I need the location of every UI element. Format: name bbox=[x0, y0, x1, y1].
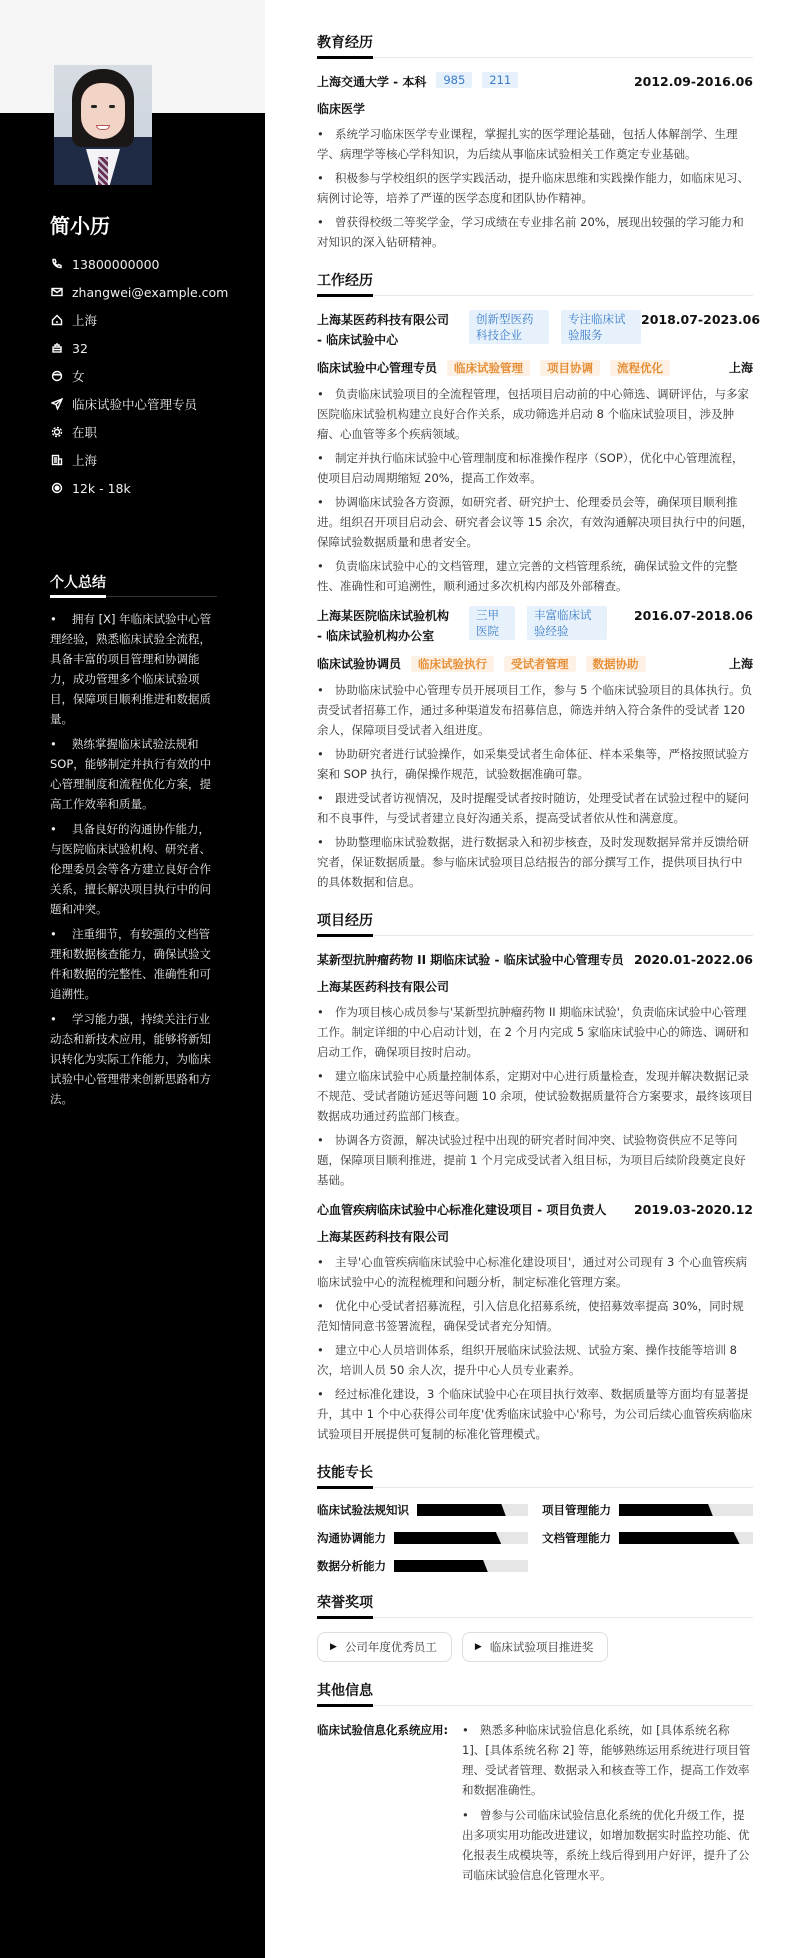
project-name: 某新型抗肿瘤药物 II 期临床试验 - 临床试验中心管理专员 bbox=[317, 950, 624, 970]
school-name: 上海交通大学 - 本科 bbox=[317, 72, 426, 92]
profile-name: 简小历 bbox=[50, 210, 110, 239]
salary-text: 12k - 18k bbox=[72, 481, 131, 496]
skills-section: 技能专长 临床试验法规知识 项目管理能力 沟通协调能力 文档管理能力 数据分析能… bbox=[317, 1462, 753, 1574]
skill-bar bbox=[619, 1532, 753, 1544]
job-date: 2018.07-2023.06 bbox=[641, 310, 760, 330]
other-title: 其他信息 bbox=[317, 1680, 753, 1706]
list-item: •协调临床试验各方资源，如研究者、研究护士、伦理委员会等，确保项目顺利推进。组织… bbox=[317, 492, 753, 552]
work-section: 工作经历 上海某医药科技有限公司 - 临床试验中心 创新型医药科技企业 专注临床… bbox=[317, 270, 753, 892]
position: 临床试验中心管理专员 bbox=[317, 358, 437, 378]
mail-icon bbox=[50, 285, 64, 299]
education-header: 上海交通大学 - 本科 985 211 2012.09-2016.06 bbox=[317, 72, 753, 92]
education-section: 教育经历 上海交通大学 - 本科 985 211 2012.09-2016.06… bbox=[317, 32, 753, 252]
phone-icon bbox=[50, 257, 64, 271]
project-company: 上海某医药科技有限公司 bbox=[317, 1228, 753, 1246]
job-date: 2016.07-2018.06 bbox=[634, 606, 753, 626]
awards-title: 荣誉奖项 bbox=[317, 1592, 753, 1618]
info-job-target: 临床试验中心管理专员 bbox=[50, 390, 228, 418]
skills-grid: 临床试验法规知识 项目管理能力 沟通协调能力 文档管理能力 数据分析能力 bbox=[317, 1502, 753, 1574]
home-text: 上海 bbox=[72, 311, 97, 329]
awards-section: 荣誉奖项 ▶公司年度优秀员工 ▶临床试验项目推进奖 bbox=[317, 1592, 753, 1662]
info-phone: 13800000000 bbox=[50, 250, 228, 278]
school-tag: 211 bbox=[482, 72, 518, 88]
list-item: •优化中心受试者招募流程，引入信息化招募系统，使招募效率提高 30%，同时规范知… bbox=[317, 1296, 753, 1336]
skill-item: 文档管理能力 bbox=[542, 1530, 753, 1546]
list-item: •曾参与公司临床试验信息化系统的优化升级工作，提出多项实用功能改进建议，如增加数… bbox=[462, 1805, 753, 1885]
award-badge: ▶公司年度优秀员工 bbox=[317, 1632, 452, 1662]
gender-text: 女 bbox=[72, 367, 85, 385]
other-list: •熟悉多种临床试验信息化系统，如 [具体系统名称 1]、[具体系统名称 2] 等… bbox=[462, 1720, 753, 1890]
other-info: 临床试验信息化系统应用: •熟悉多种临床试验信息化系统，如 [具体系统名称 1]… bbox=[317, 1720, 753, 1890]
list-item: •负责临床试验中心的文档管理，建立完善的文档管理系统，确保试验文件的完整性、准确… bbox=[317, 556, 753, 596]
skill-item: 沟通协调能力 bbox=[317, 1530, 528, 1546]
skill-bar bbox=[394, 1532, 528, 1544]
list-item: •协助研究者进行试验操作，如采集受试者生命体征、样本采集等，严格按照试验方案和 … bbox=[317, 744, 753, 784]
list-item: •制定并执行临床试验中心管理制度和标准操作程序（SOP），优化中心管理流程，使项… bbox=[317, 448, 753, 488]
info-email: zhangwei@example.com bbox=[50, 278, 228, 306]
summary-list: •拥有 [X] 年临床试验中心管理经验，熟悉临床试验全流程，具备丰富的项目管理和… bbox=[50, 609, 217, 1109]
list-item: •主导'心血管疾病临床试验中心标准化建设项目'，通过对公司现有 3 个心血管疾病… bbox=[317, 1252, 753, 1292]
summary-item: •熟练掌握临床试验法规和 SOP，能够制定并执行有效的中心管理制度和流程优化方案… bbox=[50, 734, 217, 814]
project-details: •主导'心血管疾病临床试验中心标准化建设项目'，通过对公司现有 3 个心血管疾病… bbox=[317, 1252, 753, 1444]
skill-tag: 项目协调 bbox=[540, 360, 600, 376]
list-item: •积极参与学校组织的医学实践活动，提升临床思维和实践操作能力，如临床见习、病例讨… bbox=[317, 168, 753, 208]
info-city: 上海 bbox=[50, 446, 228, 474]
skills-title: 技能专长 bbox=[317, 1462, 753, 1488]
play-triangle-icon: ▶ bbox=[330, 1642, 337, 1652]
company-tag: 创新型医药科技企业 bbox=[469, 310, 549, 344]
company-name: 上海某医院临床试验机构 - 临床试验机构办公室 bbox=[317, 606, 457, 646]
info-gender: 女 bbox=[50, 362, 228, 390]
other-section: 其他信息 临床试验信息化系统应用: •熟悉多种临床试验信息化系统，如 [具体系统… bbox=[317, 1680, 753, 1890]
summary-item: •具备良好的沟通协作能力，与医院临床试验机构、研究者、伦理委员会等各方建立良好合… bbox=[50, 819, 217, 919]
company-name: 上海某医药科技有限公司 - 临床试验中心 bbox=[317, 310, 457, 350]
skill-tag: 临床试验管理 bbox=[447, 360, 530, 376]
school-tag: 985 bbox=[436, 72, 472, 88]
company-tag: 三甲医院 bbox=[469, 606, 515, 640]
project-name: 心血管疾病临床试验中心标准化建设项目 - 项目负责人 bbox=[317, 1200, 606, 1220]
summary-item: •学习能力强，持续关注行业动态和新技术应用，能够将新知识转化为实际工作能力，为临… bbox=[50, 1009, 217, 1109]
main-content: 教育经历 上海交通大学 - 本科 985 211 2012.09-2016.06… bbox=[317, 32, 753, 1908]
list-item: •经过标准化建设，3 个临床试验中心在项目执行效率、数据质量等方面均有显著提升，… bbox=[317, 1384, 753, 1444]
list-item: •负责临床试验项目的全流程管理，包括项目启动前的中心筛选、调研评估，与多家医院临… bbox=[317, 384, 753, 444]
age-icon bbox=[50, 341, 64, 355]
project-entry: 某新型抗肿瘤药物 II 期临床试验 - 临床试验中心管理专员 2020.01-2… bbox=[317, 950, 753, 1190]
list-item: •建立中心人员培训体系，组织开展临床试验法规、试验方案、操作技能等培训 8 次，… bbox=[317, 1340, 753, 1380]
skill-item: 数据分析能力 bbox=[317, 1558, 528, 1574]
job-location: 上海 bbox=[729, 654, 753, 674]
skill-bar bbox=[417, 1504, 528, 1516]
list-item: •协调各方资源，解决试验过程中出现的研究者时间冲突、试验物资供应不足等问题，保障… bbox=[317, 1130, 753, 1190]
job-target-text: 临床试验中心管理专员 bbox=[72, 395, 197, 413]
company-tag: 专注临床试验服务 bbox=[561, 310, 641, 344]
age-text: 32 bbox=[72, 341, 88, 356]
contact-info-list: 13800000000 zhangwei@example.com 上海 32 女… bbox=[50, 250, 228, 502]
education-list: •系统学习临床医学专业课程，掌握扎实的医学理论基础，包括人体解剖学、生理学、病理… bbox=[317, 124, 753, 252]
job-entry: 上海某医药科技有限公司 - 临床试验中心 创新型医药科技企业 专注临床试验服务 … bbox=[317, 310, 753, 596]
status-text: 在职 bbox=[72, 423, 97, 441]
summary-title: 个人总结 bbox=[50, 572, 217, 597]
list-item: •协助临床试验中心管理专员开展项目工作，参与 5 个临床试验项目的具体执行。负责… bbox=[317, 680, 753, 740]
salary-icon bbox=[50, 481, 64, 495]
info-age: 32 bbox=[50, 334, 228, 362]
list-item: •作为项目核心成员参与'某新型抗肿瘤药物 II 期临床试验'，负责临床试验中心管… bbox=[317, 1002, 753, 1062]
gender-icon bbox=[50, 369, 64, 383]
info-home: 上海 bbox=[50, 306, 228, 334]
phone-text: 13800000000 bbox=[72, 257, 159, 272]
job-location: 上海 bbox=[729, 358, 753, 378]
list-item: •跟进受试者访视情况，及时提醒受试者按时随访，处理受试者在试验过程中的疑问和不良… bbox=[317, 788, 753, 828]
award-badge: ▶临床试验项目推进奖 bbox=[462, 1632, 608, 1662]
list-item: •系统学习临床医学专业课程，掌握扎实的医学理论基础，包括人体解剖学、生理学、病理… bbox=[317, 124, 753, 164]
projects-title: 项目经历 bbox=[317, 910, 753, 936]
company-tag: 丰富临床试验经验 bbox=[527, 606, 607, 640]
awards-list: ▶公司年度优秀员工 ▶临床试验项目推进奖 bbox=[317, 1632, 753, 1662]
major: 临床医学 bbox=[317, 100, 753, 118]
sidebar: 简小历 13800000000 zhangwei@example.com 上海 … bbox=[0, 0, 265, 1958]
skill-tag: 受试者管理 bbox=[504, 656, 576, 672]
project-details: •作为项目核心成员参与'某新型抗肿瘤药物 II 期临床试验'，负责临床试验中心管… bbox=[317, 1002, 753, 1190]
summary-section: 个人总结 •拥有 [X] 年临床试验中心管理经验，熟悉临床试验全流程，具备丰富的… bbox=[50, 572, 217, 1114]
home-icon bbox=[50, 313, 64, 327]
summary-item: •拥有 [X] 年临床试验中心管理经验，熟悉临床试验全流程，具备丰富的项目管理和… bbox=[50, 609, 217, 729]
job-duties: •协助临床试验中心管理专员开展项目工作，参与 5 个临床试验项目的具体执行。负责… bbox=[317, 680, 753, 892]
status-gear-icon bbox=[50, 425, 64, 439]
project-entry: 心血管疾病临床试验中心标准化建设项目 - 项目负责人 2019.03-2020.… bbox=[317, 1200, 753, 1444]
list-item: •建立临床试验中心质量控制体系，定期对中心进行质量检查，发现并解决数据记录不规范… bbox=[317, 1066, 753, 1126]
job-entry: 上海某医院临床试验机构 - 临床试验机构办公室 三甲医院 丰富临床试验经验 20… bbox=[317, 606, 753, 892]
info-status: 在职 bbox=[50, 418, 228, 446]
skill-item: 临床试验法规知识 bbox=[317, 1502, 528, 1518]
skill-item: 项目管理能力 bbox=[542, 1502, 753, 1518]
skill-tag: 临床试验执行 bbox=[411, 656, 494, 672]
paper-plane-icon bbox=[50, 397, 64, 411]
email-text: zhangwei@example.com bbox=[72, 285, 228, 300]
work-title: 工作经历 bbox=[317, 270, 753, 296]
skill-bar bbox=[394, 1560, 528, 1572]
projects-section: 项目经历 某新型抗肿瘤药物 II 期临床试验 - 临床试验中心管理专员 2020… bbox=[317, 910, 753, 1444]
info-salary: 12k - 18k bbox=[50, 474, 228, 502]
position: 临床试验协调员 bbox=[317, 654, 401, 674]
skill-bar bbox=[619, 1504, 753, 1516]
project-date: 2019.03-2020.12 bbox=[634, 1200, 753, 1220]
education-date: 2012.09-2016.06 bbox=[634, 72, 753, 92]
skill-tag: 流程优化 bbox=[610, 360, 670, 376]
play-triangle-icon: ▶ bbox=[475, 1642, 482, 1652]
avatar bbox=[54, 65, 152, 185]
city-text: 上海 bbox=[72, 451, 97, 469]
education-title: 教育经历 bbox=[317, 32, 753, 58]
summary-item: •注重细节，有较强的文档管理和数据核查能力，确保试验文件和数据的完整性、准确性和… bbox=[50, 924, 217, 1004]
other-label: 临床试验信息化系统应用: bbox=[317, 1720, 462, 1890]
list-item: •熟悉多种临床试验信息化系统，如 [具体系统名称 1]、[具体系统名称 2] 等… bbox=[462, 1720, 753, 1800]
list-item: •协助整理临床试验数据，进行数据录入和初步核查，及时发现数据异常并反馈给研究者，… bbox=[317, 832, 753, 892]
skill-tag: 数据协助 bbox=[586, 656, 646, 672]
job-duties: •负责临床试验项目的全流程管理，包括项目启动前的中心筛选、调研评估，与多家医院临… bbox=[317, 384, 753, 596]
project-company: 上海某医药科技有限公司 bbox=[317, 978, 753, 996]
project-date: 2020.01-2022.06 bbox=[634, 950, 753, 970]
list-item: •曾获得校级二等奖学金，学习成绩在专业排名前 20%，展现出较强的学习能力和对知… bbox=[317, 212, 753, 252]
building-icon bbox=[50, 453, 64, 467]
